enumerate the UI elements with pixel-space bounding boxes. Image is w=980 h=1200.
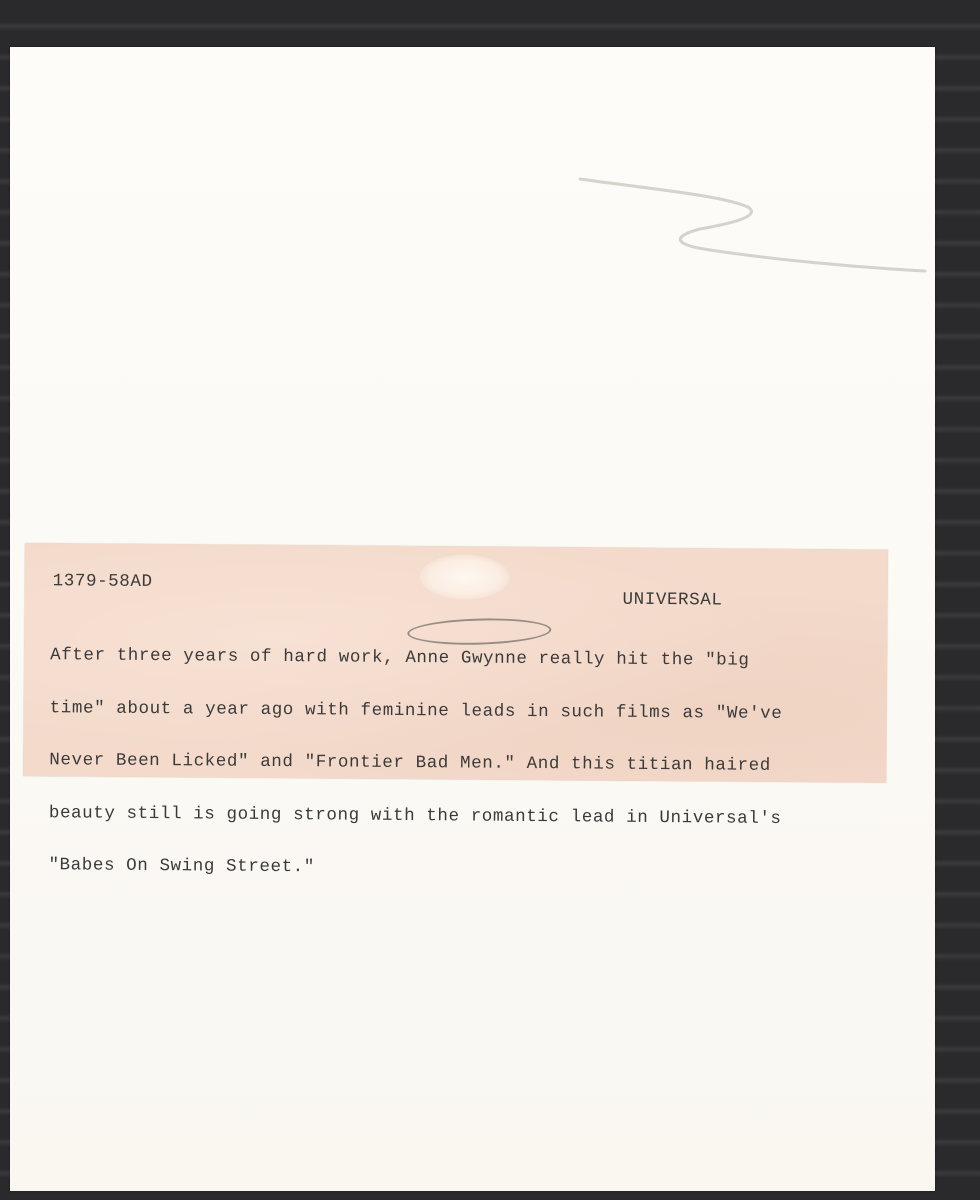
studio-name: UNIVERSAL (622, 592, 722, 610)
photo-back-paper: 1379-58AD UNIVERSAL After three years of… (10, 47, 935, 1191)
photo-code: 1379-58AD (53, 573, 153, 591)
caption-line: "Babes On Swing Street." (48, 857, 781, 880)
caption-slip: 1379-58AD UNIVERSAL After three years of… (23, 543, 888, 783)
glue-stain (420, 554, 510, 600)
pencil-squiggle-mark (570, 167, 930, 277)
caption-body: After three years of hard work, Anne Gwy… (48, 612, 783, 915)
caption-line: Never Been Licked" and "Frontier Bad Men… (49, 752, 782, 775)
caption-line: beauty still is going strong with the ro… (49, 805, 782, 828)
caption-line: After three years of hard work, Anne Gwy… (50, 647, 783, 670)
caption-line: time" about a year ago with feminine lea… (50, 700, 783, 723)
